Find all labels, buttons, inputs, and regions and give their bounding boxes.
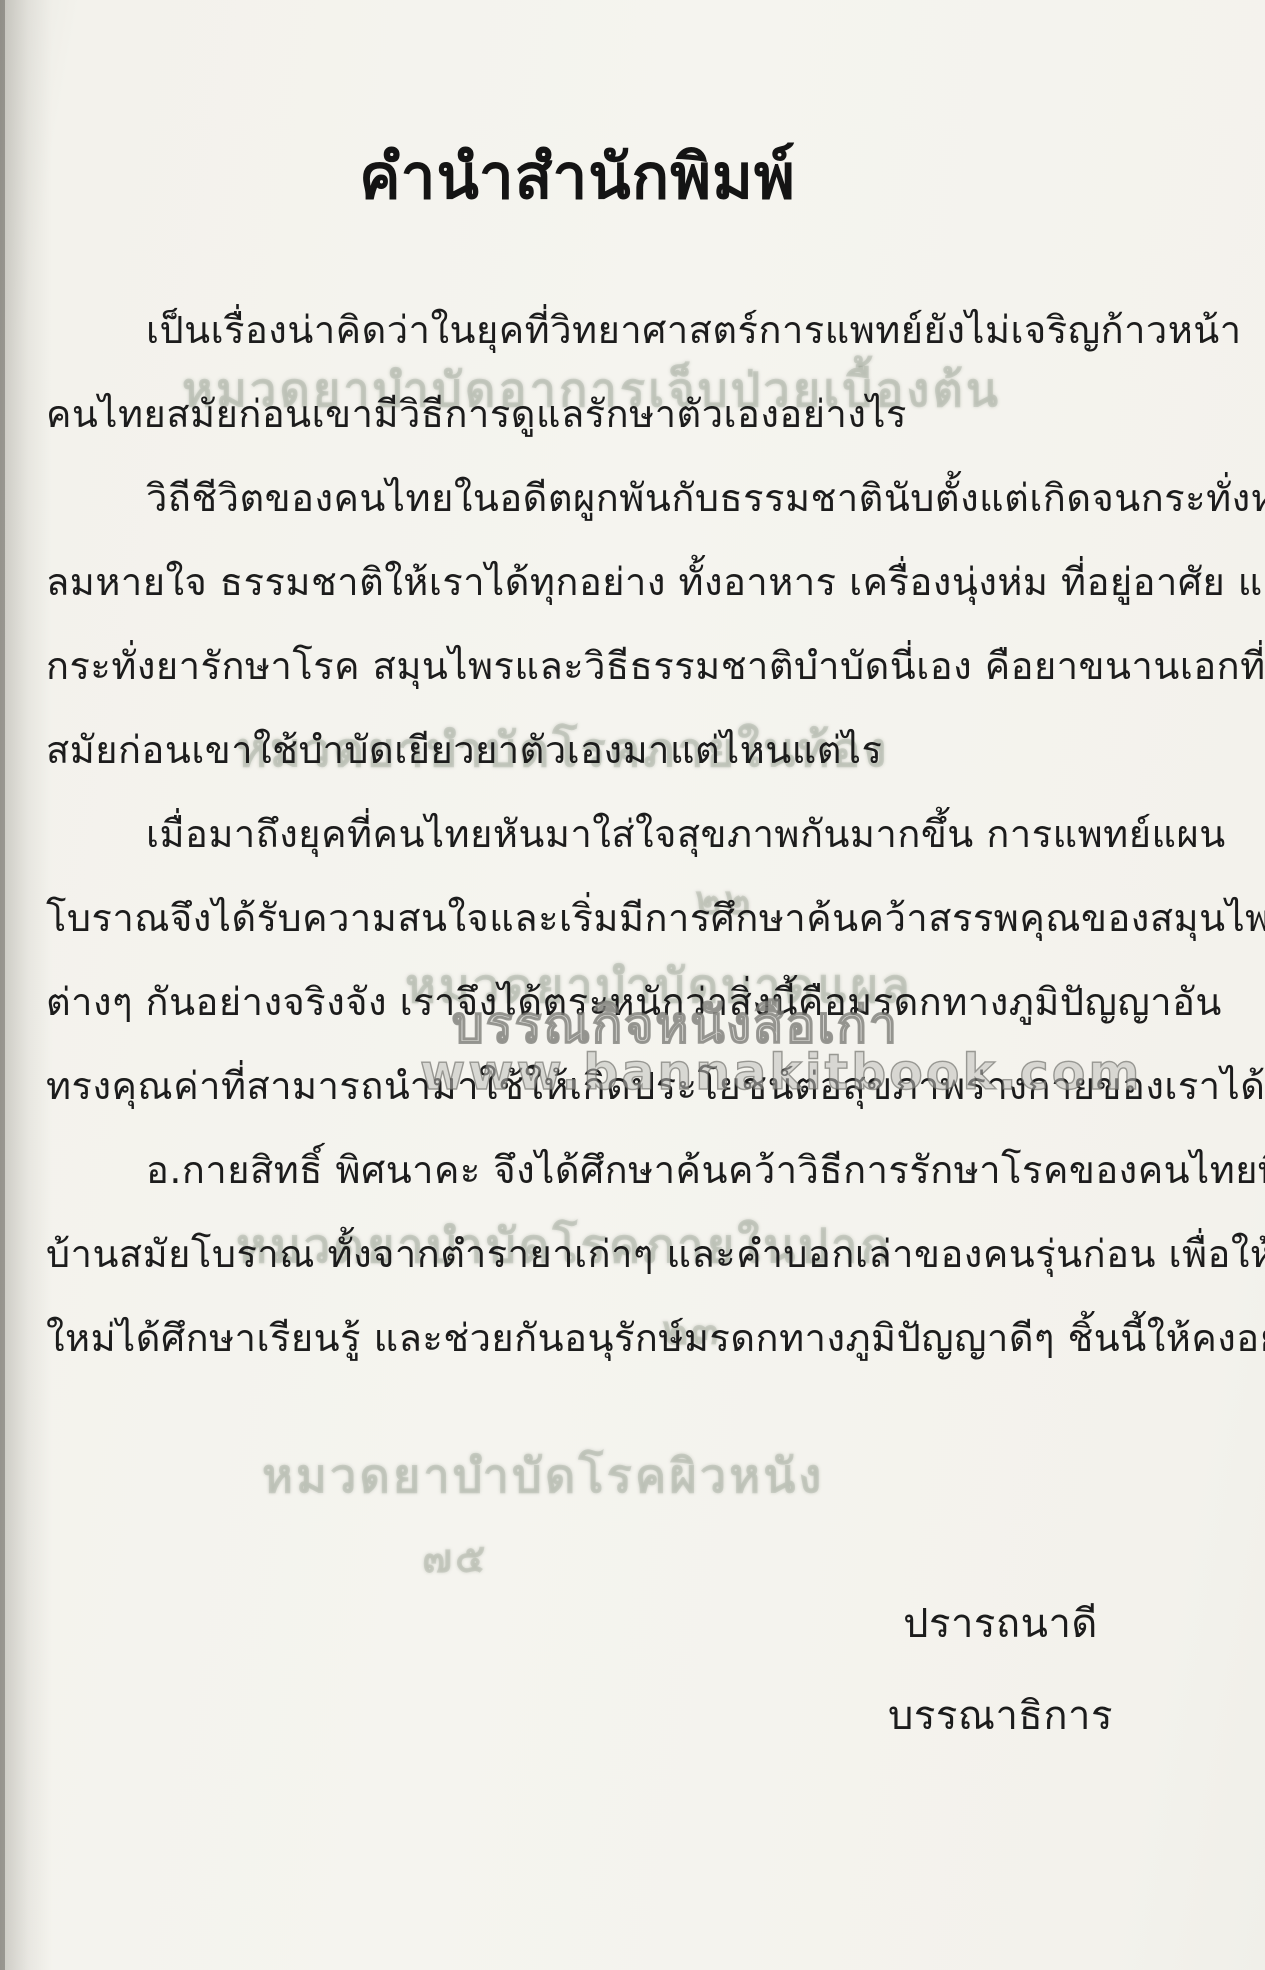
- body-text-line: คนไทยสมัยก่อนเขามีวิธีการดูแลรักษาตัวเอง…: [46, 372, 1217, 456]
- body-text-line: อ.กายสิทธิ์ พิศนาคะ จึงได้ศึกษาค้นคว้าวิ…: [46, 1128, 1217, 1212]
- preface-body: เป็นเรื่องน่าคิดว่าในยุคที่วิทยาศาสตร์กา…: [46, 288, 1217, 1380]
- page-edge-line: [0, 0, 5, 1970]
- watermark-site-url: www.bannakitbook.com: [420, 1044, 1142, 1101]
- body-text-line: วิถีชีวิตของคนไทยในอดีตผูกพันกับธรรมชาติ…: [46, 456, 1217, 540]
- body-text-line: เป็นเรื่องน่าคิดว่าในยุคที่วิทยาศาสตร์กา…: [46, 288, 1217, 372]
- body-text-line: บ้านสมัยโบราณ ทั้งจากตำรายาเก่าๆ และคำบอ…: [46, 1212, 1217, 1296]
- body-text-line: กระทั่งยารักษาโรค สมุนไพรและวิธีธรรมชาติ…: [46, 624, 1217, 708]
- closing-salutation: ปรารถนาดี: [888, 1578, 1113, 1670]
- page-gutter-shadow: [0, 0, 52, 1970]
- body-text-line: สมัยก่อนเขาใช้บำบัดเยียวยาตัวเองมาแต่ไหน…: [46, 708, 1217, 792]
- closing-block: ปรารถนาดี บรรณาธิการ: [888, 1578, 1113, 1762]
- ghost-bleedthrough-heading: หมวดยาบำบัดโรคผิวหนัง: [262, 1438, 824, 1513]
- ghost-page-number: ๗๕: [422, 1526, 488, 1590]
- closing-signature: บรรณาธิการ: [888, 1670, 1113, 1762]
- body-text-line: ใหม่ได้ศึกษาเรียนรู้ และช่วยกันอนุรักษ์ม…: [46, 1296, 1217, 1380]
- page-title: คำนำสำนักพิมพ์: [0, 128, 1210, 226]
- body-text-line: เมื่อมาถึงยุคที่คนไทยหันมาใส่ใจสุขภาพกัน…: [46, 792, 1217, 876]
- body-text-line: โบราณจึงได้รับความสนใจและเริ่มมีการศึกษา…: [46, 876, 1217, 960]
- scanned-page: หมวดยาบำบัดอาการเจ็บป่วยเบื้องต้น หมวดยา…: [0, 0, 1265, 1970]
- body-text-line: ลมหายใจ ธรรมชาติให้เราได้ทุกอย่าง ทั้งอา…: [46, 540, 1217, 624]
